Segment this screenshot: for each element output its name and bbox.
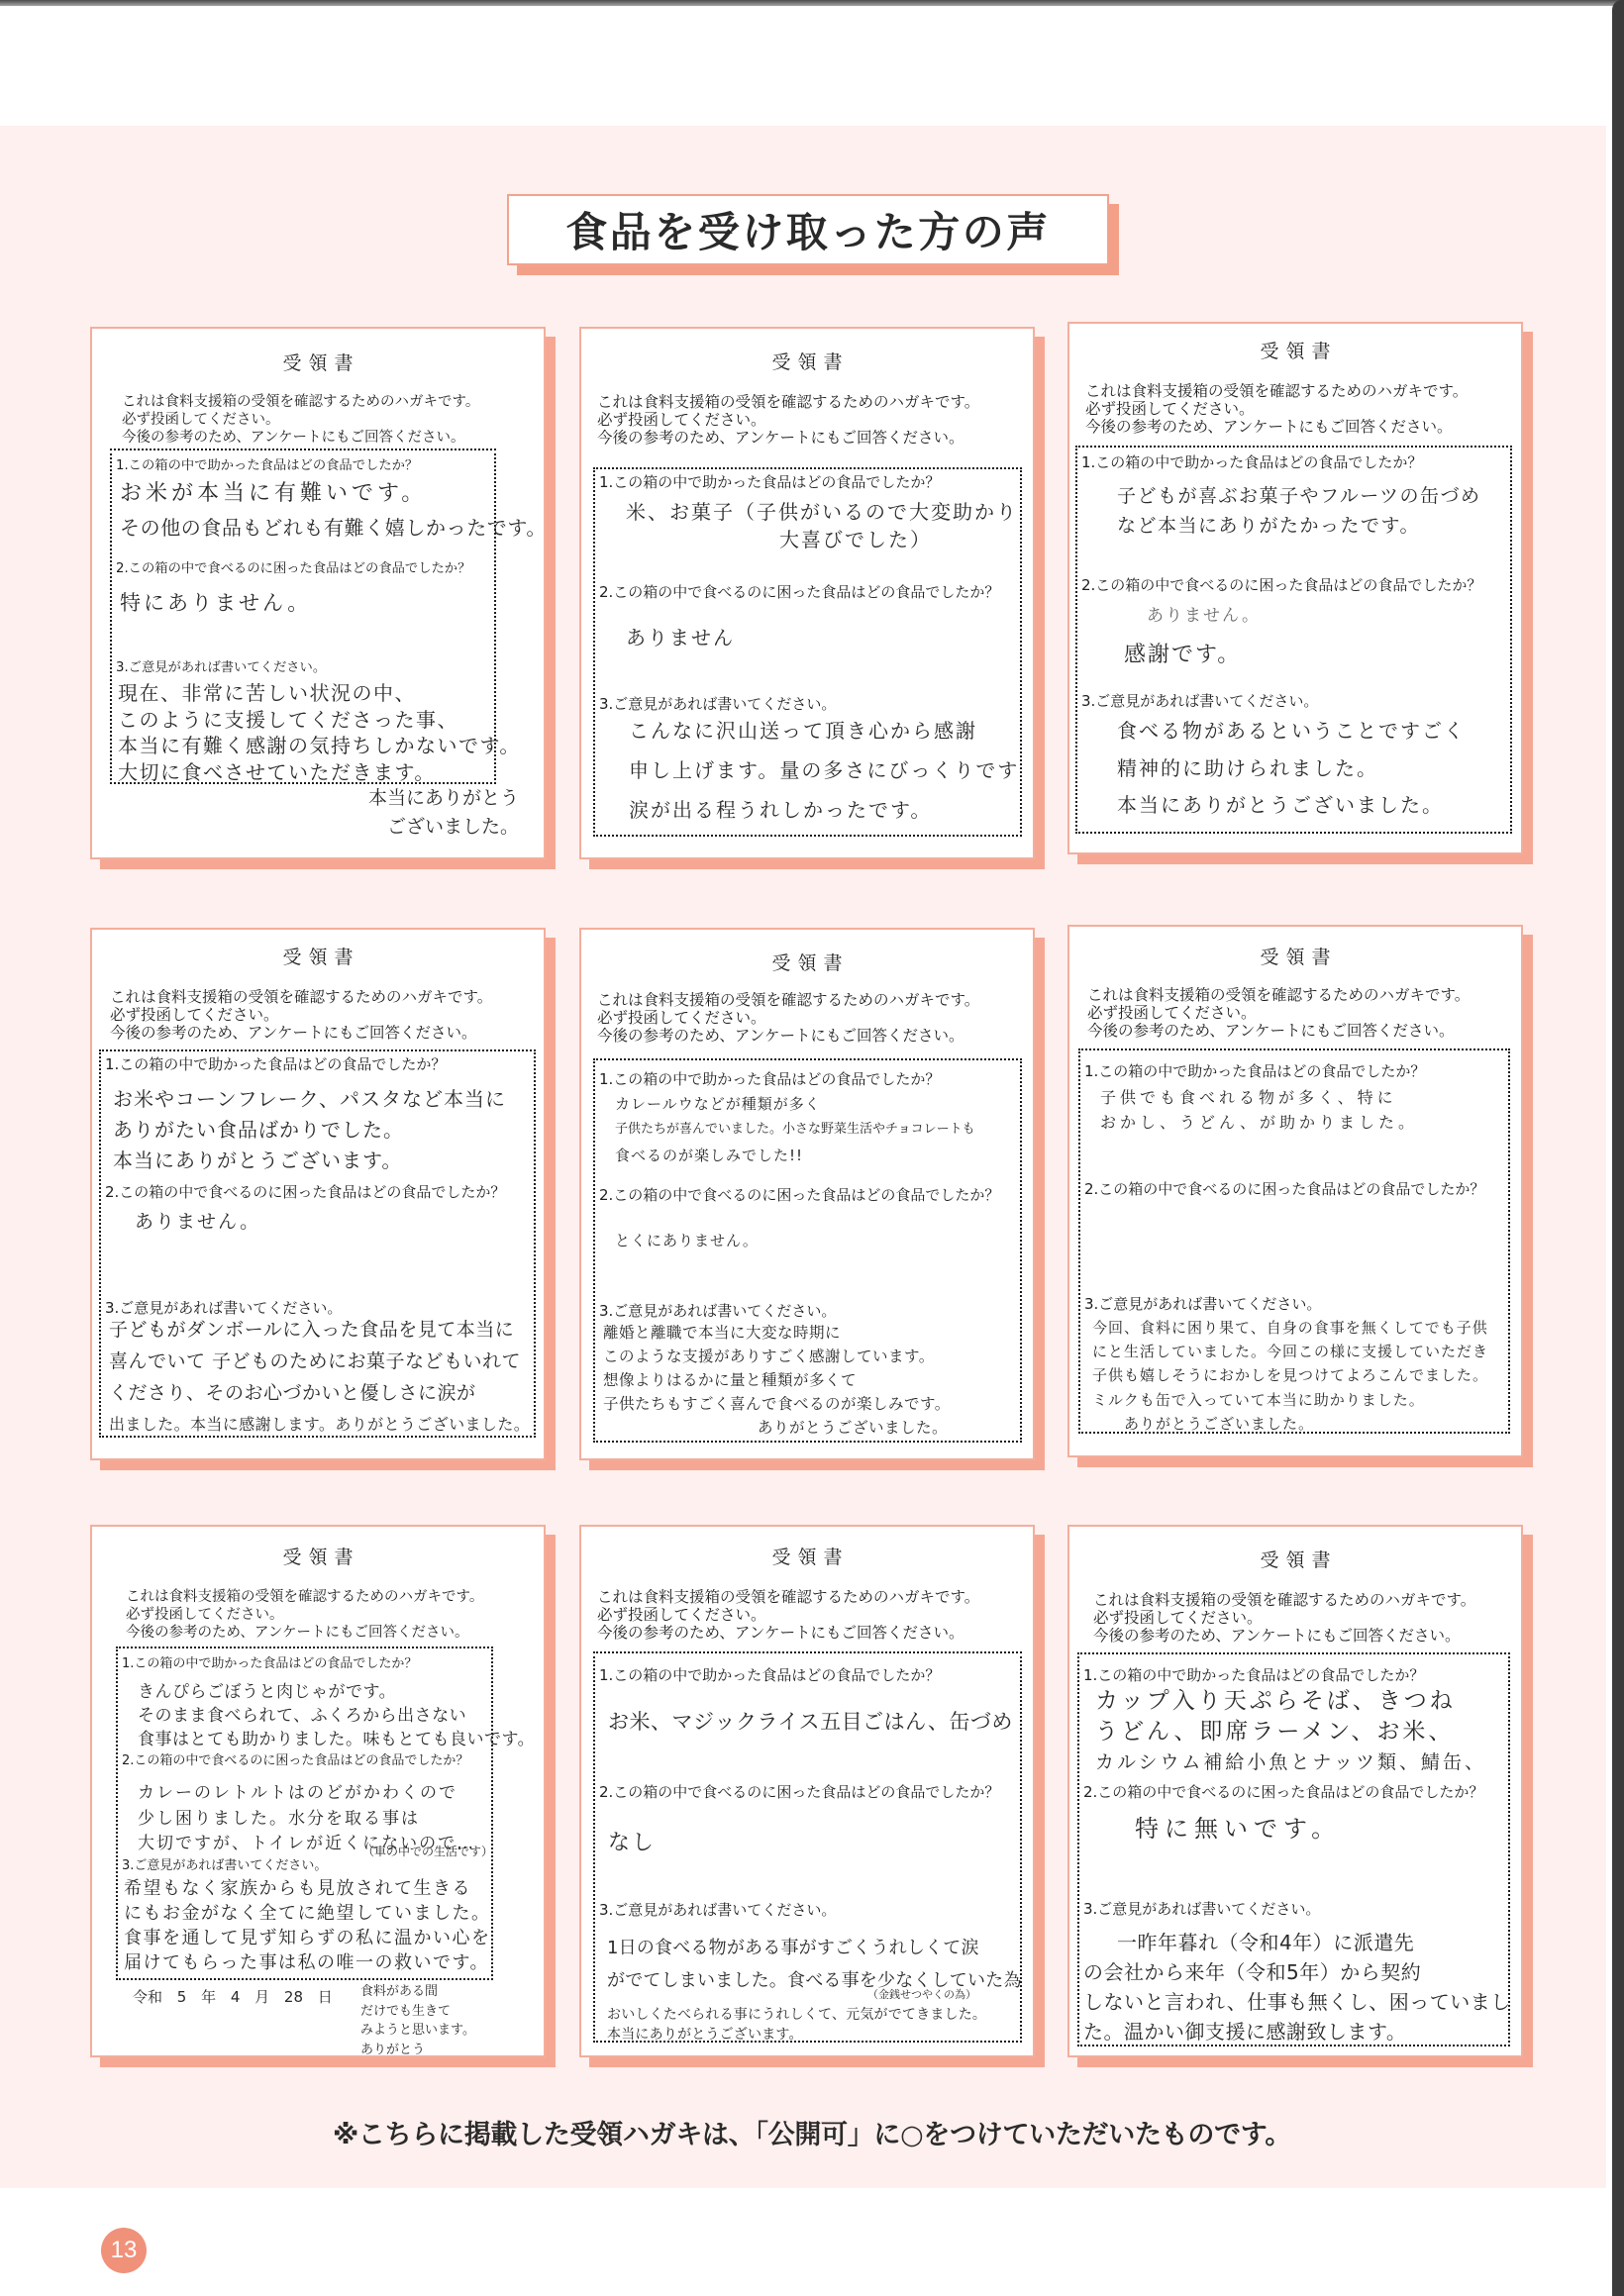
question-1: 1.この箱の中で助かった食品はどの食品でしたか？ お米が本当に有難いです。 その…: [112, 457, 494, 545]
card-intro: これは食料支援箱の受領を確認するためのハガキです。 必ず投函してください。 今後…: [597, 1588, 979, 1642]
answer-line: 申し上げます。量の多さにびっくりです: [629, 750, 1020, 790]
question-3-answer: 現在、非常に苦しい状況の中、 このように支援してくださった事、 本当に有難く感謝…: [112, 680, 494, 785]
question-3: 3.ご意見があれば書いてください。 1日の食べる物がある事がすごくうれしくて涙 …: [595, 1901, 1020, 2045]
question-3-label: 3.ご意見があれば書いてください。: [595, 1302, 1020, 1320]
intro-line: これは食料支援箱の受領を確認するためのハガキです。: [122, 393, 479, 411]
answer-line: 子どもが喜ぶお菓子やフルーツの缶づめ: [1117, 481, 1510, 511]
intro-line: 今後の参考のため、アンケートにもご回答ください。: [126, 1624, 483, 1642]
answer-line: 精神的に助けられました。: [1117, 750, 1510, 788]
card-intro: これは食料支援箱の受領を確認するためのハガキです。 必ず投函してください。 今後…: [122, 393, 479, 447]
question-3-answer: 子どもがダンボールに入った食品を見て本当に 喜んでいて 子どものためにお菓子など…: [101, 1314, 534, 1441]
receipt-card: 受領書 これは食料支援箱の受領を確認するためのハガキです。 必ず投函してください…: [90, 327, 546, 859]
answer-line: 特に無いです。: [1135, 1813, 1508, 1845]
question-3: 3.ご意見があれば書いてください。 こんなに沢山送って頂き心から感謝 申し上げま…: [595, 695, 1020, 830]
answer-line: しないと言われ、仕事も無くし、困っていまし: [1083, 1987, 1508, 2017]
intro-line: 今後の参考のため、アンケートにもご回答ください。: [110, 1024, 492, 1042]
question-2: 2.この箱の中で食べるのに困った食品はどの食品でしたか？ 特にありません。: [112, 560, 494, 620]
answer-line: 届けてもらった事は私の唯一の救いです。: [124, 1950, 491, 1975]
question-1-answer: お米やコーンフレーク、パスタなど本当に ありがたい食品ばかりでした。 本当にあり…: [101, 1084, 534, 1176]
question-1-label: 1.この箱の中で助かった食品はどの食品でしたか？: [1077, 453, 1510, 471]
intro-line: これは食料支援箱の受領を確認するためのハガキです。: [126, 1588, 483, 1606]
question-1-answer: カレールウなどが種類が多く 子供たちが喜んでいました。小さな野菜生活やチョコレー…: [595, 1091, 1020, 1168]
answer-line: ありません。: [1124, 596, 1510, 636]
intro-line: 必ず投函してください。: [597, 411, 979, 429]
closing-note: 食料がある間 だけでも生きて みようと思います。 ありがとう: [360, 1982, 475, 2059]
card-heading: 受領書: [581, 951, 1033, 975]
question-1-answer: お米が本当に有難いです。 その他の食品もどれも有難く嬉しかったです。: [112, 477, 494, 545]
question-2-label: 2.この箱の中で食べるのに困った食品はどの食品でしたか？: [595, 1186, 1020, 1204]
card-heading: 受領書: [92, 946, 544, 969]
answer-line: 出ました。本当に感謝します。ありがとうございました。: [109, 1409, 534, 1441]
intro-line: 必ず投函してください。: [1087, 1004, 1470, 1022]
question-1-label: 1.この箱の中で助かった食品はどの食品でしたか？: [118, 1655, 491, 1673]
question-3-label: 3.ご意見があれば書いてください。: [1077, 692, 1510, 710]
answer-line: 感謝です。: [1124, 636, 1510, 675]
receipt-card: 受領書 これは食料支援箱の受領を確認するためのハガキです。 必ず投函してください…: [579, 1525, 1035, 2057]
answer-line: ありがとうございました。: [603, 1416, 1020, 1440]
question-1: 1.この箱の中で助かった食品はどの食品でしたか？ きんぴらごぼうと肉じゃがです。…: [118, 1655, 491, 1751]
closing-line: 食料がある間: [360, 1982, 475, 2002]
answer-line: 想像よりはるかに量と種類が多くて: [603, 1368, 1020, 1392]
question-2: 2.この箱の中で食べるのに困った食品はどの食品でしたか？ とくにありません。: [595, 1186, 1020, 1253]
answer-line: 1日の食べる物がある事がすごくうれしくて涙: [607, 1932, 1020, 1964]
answer-line: 本当に有難く感謝の気持ちしかないです。: [118, 733, 494, 759]
answer-line: お米が本当に有難いです。: [120, 477, 494, 511]
answer-line: うどん、即席ラーメン、お米、: [1095, 1717, 1508, 1747]
answer-line: ミルクも缶で入っていて本当に助かりました。: [1092, 1388, 1508, 1412]
question-2-answer: とくにありません。: [595, 1228, 1020, 1253]
answer-line: 喜んでいて 子どものためにお菓子などもいれて: [109, 1346, 534, 1377]
question-2: 2.この箱の中で食べるのに困った食品はどの食品でしたか？ 特に無いです。: [1079, 1783, 1508, 1845]
question-2: 2.この箱の中で食べるのに困った食品はどの食品でしたか？ ありません: [595, 583, 1020, 652]
question-1-answer: 子供でも食べれる物が多く、特に おかし、うどん、が助かりました。: [1080, 1085, 1508, 1135]
question-2-label: 2.この箱の中で食べるのに困った食品はどの食品でしたか？: [101, 1183, 534, 1201]
question-3: 3.ご意見があれば書いてください。 今回、食料に困り果て、自身の食事を無くしてで…: [1080, 1295, 1508, 1437]
intro-line: これは食料支援箱の受領を確認するためのハガキです。: [597, 1588, 979, 1606]
question-2-answer: 特に無いです。: [1079, 1813, 1508, 1845]
question-2-label: 2.この箱の中で食べるのに困った食品はどの食品でしたか？: [1077, 576, 1510, 594]
answer-line: 特にありません。: [120, 586, 494, 620]
question-1: 1.この箱の中で助かった食品はどの食品でしたか？ お米、マジックライス五目ごはん…: [595, 1666, 1020, 1737]
question-1-answer: カップ入り天ぷらそば、きつね うどん、即席ラーメン、お米、 カルシウム補給小魚と…: [1079, 1686, 1508, 1778]
scan-edge-top: [0, 0, 1624, 6]
question-3: 3.ご意見があれば書いてください。 離婚と離職で本当に大変な時期に このような支…: [595, 1302, 1020, 1440]
question-3-answer: 離婚と離職で本当に大変な時期に このような支援がありすごく感謝しています。 想像…: [595, 1321, 1020, 1440]
question-3: 3.ご意見があれば書いてください。 子どもがダンボールに入った食品を見て本当に …: [101, 1299, 534, 1441]
question-2: 2.この箱の中で食べるのに困った食品はどの食品でしたか？: [1080, 1180, 1508, 1198]
closing-line: ございました。: [368, 813, 519, 842]
answer-line: 子どもがダンボールに入った食品を見て本当に: [109, 1314, 534, 1346]
card-heading: 受領書: [581, 350, 1033, 374]
question-3-label: 3.ご意見があれば書いてください。: [1080, 1295, 1508, 1313]
intro-line: 今後の参考のため、アンケートにもご回答ください。: [597, 429, 979, 447]
question-1-answer: 米、お菓子（子供がいるので大変助かり 大喜びでした）: [595, 498, 1020, 553]
answer-line: きんぴらごぼうと肉じゃがです。: [138, 1680, 491, 1704]
card-heading: 受領書: [1069, 1548, 1521, 1572]
card-heading: 受領書: [1069, 340, 1521, 363]
answer-line: 涙が出る程うれしかったです。: [629, 790, 1020, 830]
question-1: 1.この箱の中で助かった食品はどの食品でしたか？ カップ入り天ぷらそば、きつね …: [1079, 1666, 1508, 1778]
question-3-label: 3.ご意見があれば書いてください。: [118, 1857, 491, 1875]
answer-line: 食べる物があるということですごく: [1117, 713, 1510, 750]
card-heading: 受領書: [92, 1546, 544, 1569]
question-1-answer: お米、マジックライス五目ごはん、缶づめ: [595, 1707, 1020, 1737]
answer-line: こんなに沢山送って頂き心から感謝: [629, 711, 1020, 750]
question-2: 2.この箱の中で食べるのに困った食品はどの食品でしたか？ ありません。 感謝です…: [1077, 576, 1510, 675]
answer-line: 希望もなく家族からも見放されて生きる: [124, 1876, 491, 1901]
receipt-card: 受領書 これは食料支援箱の受領を確認するためのハガキです。 必ず投函してください…: [579, 928, 1035, 1460]
answer-line: 大喜びでした）: [626, 526, 1020, 553]
card-intro: これは食料支援箱の受領を確認するためのハガキです。 必ず投函してください。 今後…: [1087, 986, 1470, 1040]
answer-line: の会社から来年（令和5年）から契約: [1083, 1957, 1508, 1987]
answer-line: カレーのレトルトはのどがかわくので: [138, 1781, 491, 1807]
answer-line: にと生活していました。今回この様に支援していただき: [1092, 1340, 1508, 1363]
closing-line: ありがとう: [360, 2041, 475, 2060]
intro-line: 今後の参考のため、アンケートにもご回答ください。: [597, 1624, 979, 1642]
intro-line: 必ず投函してください。: [126, 1606, 483, 1624]
closing-line: 本当にありがとう: [368, 784, 519, 813]
intro-line: これは食料支援箱の受領を確認するためのハガキです。: [1093, 1591, 1475, 1609]
card-intro: これは食料支援箱の受領を確認するためのハガキです。 必ず投函してください。 今後…: [110, 988, 492, 1042]
question-3-answer: 希望もなく家族からも見放されて生きる にもお金がなく全てに絶望していました。 食…: [118, 1876, 491, 1975]
question-3: 3.ご意見があれば書いてください。 食べる物があるということですごく 精神的に助…: [1077, 692, 1510, 825]
answer-line: おかし、うどん、が助かりました。: [1100, 1110, 1508, 1135]
answer-line: ありません。: [135, 1207, 534, 1237]
card-heading: 受領書: [1069, 946, 1521, 969]
intro-line: 必ず投函してください。: [1093, 1609, 1475, 1627]
card-intro: これは食料支援箱の受領を確認するためのハガキです。 必ず投函してください。 今後…: [597, 393, 979, 447]
answer-line: 少し困りました。水分を取る事は: [138, 1807, 491, 1833]
answer-line: このような支援がありすごく感謝しています。: [603, 1345, 1020, 1368]
closing-line: だけでも生きて: [360, 2002, 475, 2022]
receipt-card: 受領書 これは食料支援箱の受領を確認するためのハガキです。 必ず投函してください…: [90, 1525, 546, 2057]
intro-line: 必ず投函してください。: [1085, 400, 1468, 418]
question-2-label: 2.この箱の中で食べるのに困った食品はどの食品でしたか？: [1080, 1180, 1508, 1198]
handwritten-date: 令和 5 年 4 月 28 日: [133, 1986, 333, 2007]
question-2: 2.この箱の中で食べるのに困った食品はどの食品でしたか？ カレーのレトルトはのど…: [118, 1752, 491, 1857]
question-1: 1.この箱の中で助かった食品はどの食品でしたか？ カレールウなどが種類が多く 子…: [595, 1070, 1020, 1168]
intro-line: 今後の参考のため、アンケートにもご回答ください。: [1085, 418, 1468, 436]
answer-line: このように支援してくださった事、: [118, 707, 494, 734]
question-3-label: 3.ご意見があれば書いてください。: [112, 659, 494, 677]
card-intro: これは食料支援箱の受領を確認するためのハガキです。 必ず投函してください。 今後…: [126, 1588, 483, 1642]
question-2-answer: ありません。: [101, 1207, 534, 1237]
page-title-box: 食品を受け取った方の声: [507, 194, 1109, 265]
intro-line: 今後の参考のため、アンケートにもご回答ください。: [597, 1027, 979, 1045]
answer-line: とくにありません。: [615, 1228, 1020, 1253]
question-2-answer: 特にありません。: [112, 586, 494, 620]
answer-line: くださり、そのお心づかいと優しさに涙が: [109, 1377, 534, 1409]
card-intro: これは食料支援箱の受領を確認するためのハガキです。 必ず投函してください。 今後…: [1093, 1591, 1475, 1645]
question-1-label: 1.この箱の中で助かった食品はどの食品でしたか？: [1080, 1062, 1508, 1080]
answer-line: そのまま食べられて、ふくろから出さない: [138, 1704, 491, 1728]
receipt-card: 受領書 これは食料支援箱の受領を確認するためのハガキです。 必ず投函してください…: [579, 327, 1035, 859]
page-title: 食品を受け取った方の声: [565, 200, 1051, 259]
intro-line: 必ず投函してください。: [597, 1606, 979, 1624]
question-1-label: 1.この箱の中で助かった食品はどの食品でしたか？: [101, 1055, 534, 1073]
answer-line: 現在、非常に苦しい状況の中、: [118, 680, 494, 707]
card-heading: 受領書: [92, 351, 544, 375]
intro-line: 必ず投函してください。: [122, 411, 479, 429]
survey-box: 1.この箱の中で助かった食品はどの食品でしたか？ お米、マジックライス五目ごはん…: [593, 1651, 1022, 2043]
answer-line: カルシウム補給小魚とナッツ類、鯖缶、: [1095, 1747, 1508, 1778]
intro-line: 今後の参考のため、アンケートにもご回答ください。: [1093, 1627, 1475, 1645]
answer-line: おいしくたべられる事にうれしくて、元気がでてきました。: [607, 2005, 1020, 2025]
question-2-answer: なし: [595, 1829, 1020, 1858]
question-2-label: 2.この箱の中で食べるのに困った食品はどの食品でしたか？: [595, 1783, 1020, 1801]
answer-line: その他の食品もどれも有難く嬉しかったです。: [120, 511, 494, 545]
receipt-card: 受領書 これは食料支援箱の受領を確認するためのハガキです。 必ず投函してください…: [1067, 322, 1523, 854]
question-1: 1.この箱の中で助かった食品はどの食品でしたか？ 子供でも食べれる物が多く、特に…: [1080, 1062, 1508, 1135]
answer-line: カレールウなどが種類が多く: [615, 1091, 1020, 1117]
closing-line: みようと思います。: [360, 2021, 475, 2041]
intro-line: これは食料支援箱の受領を確認するためのハガキです。: [110, 988, 492, 1006]
answer-line: 子供でも食べれる物が多く、特に: [1100, 1085, 1508, 1110]
question-3-label: 3.ご意見があれば書いてください。: [1079, 1900, 1508, 1918]
answer-line: 子供も嬉しそうにおかしを見つけてよろこんでました。: [1092, 1363, 1508, 1387]
answer-line: 本当にありがとうございました。: [1117, 787, 1510, 825]
question-2-answer: ありません: [595, 623, 1020, 652]
question-3-answer: 今回、食料に困り果て、自身の食事を無くしてでも子供 にと生活していました。今回こ…: [1080, 1316, 1508, 1437]
question-3-answer: 一昨年暮れ（令和4年）に派遣先 の会社から来年（令和5年）から契約 しないと言わ…: [1079, 1928, 1508, 2046]
answer-line: なし: [608, 1829, 1020, 1858]
question-1-label: 1.この箱の中で助かった食品はどの食品でしたか？: [595, 1070, 1020, 1088]
survey-box: 1.この箱の中で助かった食品はどの食品でしたか？ 米、お菓子（子供がいるので大変…: [593, 467, 1022, 837]
question-2-label: 2.この箱の中で食べるのに困った食品はどの食品でしたか？: [595, 583, 1020, 601]
answer-line: ありがとうございました。: [1092, 1412, 1508, 1436]
answer-line: 食事はとても助かりました。味もとても良いです。: [138, 1728, 491, 1751]
answer-line: 子供たちもすごく喜んで食べるのが楽しみです。: [603, 1392, 1020, 1416]
intro-line: 今後の参考のため、アンケートにもご回答ください。: [122, 429, 479, 447]
answer-line: 本当にありがとうございます。: [113, 1146, 534, 1176]
answer-line: 離婚と離職で本当に大変な時期に: [603, 1321, 1020, 1345]
closing-note: 本当にありがとう ございました。: [368, 784, 519, 842]
question-1: 1.この箱の中で助かった食品はどの食品でしたか？ 米、お菓子（子供がいるので大変…: [595, 473, 1020, 553]
survey-box: 1.この箱の中で助かった食品はどの食品でしたか？ 子どもが喜ぶお菓子やフルーツの…: [1075, 446, 1512, 834]
question-1: 1.この箱の中で助かった食品はどの食品でしたか？ お米やコーンフレーク、パスタな…: [101, 1055, 534, 1176]
intro-line: 必ず投函してください。: [110, 1006, 492, 1024]
answer-line: カップ入り天ぷらそば、きつね: [1095, 1686, 1508, 1717]
intro-line: これは食料支援箱の受領を確認するためのハガキです。: [597, 393, 979, 411]
answer-line: 食べるのが楽しみでした!!: [615, 1143, 1020, 1168]
page-number-badge: 13: [101, 2228, 147, 2273]
question-3-side-note: （金銭せつやくの為）: [867, 1986, 976, 2002]
question-2-label: 2.この箱の中で食べるのに困った食品はどの食品でしたか？: [1079, 1783, 1508, 1801]
intro-line: 必ず投函してください。: [597, 1009, 979, 1027]
survey-box: 1.この箱の中で助かった食品はどの食品でしたか？ きんぴらごぼうと肉じゃがです。…: [116, 1647, 493, 1980]
card-intro: これは食料支援箱の受領を確認するためのハガキです。 必ず投函してください。 今後…: [597, 991, 979, 1045]
answer-line: お米やコーンフレーク、パスタなど本当に: [113, 1084, 534, 1115]
intro-line: これは食料支援箱の受領を確認するためのハガキです。: [1087, 986, 1470, 1004]
question-1-label: 1.この箱の中で助かった食品はどの食品でしたか？: [595, 1666, 1020, 1684]
publication-consent-note: ※こちらに掲載した受領ハガキは、「公開可」に○をつけていただいたものです。: [0, 2113, 1624, 2151]
question-2-label: 2.この箱の中で食べるのに困った食品はどの食品でしたか？: [118, 1752, 491, 1770]
intro-line: 今後の参考のため、アンケートにもご回答ください。: [1087, 1022, 1470, 1040]
question-3-answer: 食べる物があるということですごく 精神的に助けられました。 本当にありがとうござ…: [1077, 713, 1510, 825]
answer-line: た。温かい御支援に感謝致します。: [1083, 2017, 1508, 2046]
answer-line: 今回、食料に困り果て、自身の食事を無くしてでも子供: [1092, 1316, 1508, 1340]
question-1: 1.この箱の中で助かった食品はどの食品でしたか？ 子どもが喜ぶお菓子やフルーツの…: [1077, 453, 1510, 541]
question-3-answer: こんなに沢山送って頂き心から感謝 申し上げます。量の多さにびっくりです 涙が出る…: [595, 711, 1020, 830]
survey-box: 1.この箱の中で助かった食品はどの食品でしたか？ カレールウなどが種類が多く 子…: [593, 1058, 1022, 1443]
answer-line: ありません: [626, 623, 1020, 652]
card-intro: これは食料支援箱の受領を確認するためのハガキです。 必ず投函してください。 今後…: [1085, 382, 1468, 436]
answer-line: 大切に食べさせていただきます。: [118, 759, 494, 786]
survey-box: 1.この箱の中で助かった食品はどの食品でしたか？ お米が本当に有難いです。 その…: [110, 449, 496, 784]
survey-box: 1.この箱の中で助かった食品はどの食品でしたか？ カップ入り天ぷらそば、きつね …: [1077, 1652, 1510, 2046]
intro-line: これは食料支援箱の受領を確認するためのハガキです。: [1085, 382, 1468, 400]
question-3: 3.ご意見があれば書いてください。 一昨年暮れ（令和4年）に派遣先 の会社から来…: [1079, 1900, 1508, 2046]
question-1-answer: 子どもが喜ぶお菓子やフルーツの缶づめ など本当にありがたかったです。: [1077, 481, 1510, 541]
answer-line: など本当にありがたかったです。: [1117, 511, 1510, 541]
intro-line: これは食料支援箱の受領を確認するためのハガキです。: [597, 991, 979, 1009]
question-2-answer: ありません。 感謝です。: [1077, 596, 1510, 675]
answer-line: 一昨年暮れ（令和4年）に派遣先: [1083, 1928, 1508, 1957]
question-3: 3.ご意見があれば書いてください。 希望もなく家族からも見放されて生きる にもお…: [118, 1857, 491, 1975]
question-2: 2.この箱の中で食べるのに困った食品はどの食品でしたか？ ありません。: [101, 1183, 534, 1237]
question-1-answer: きんぴらごぼうと肉じゃがです。 そのまま食べられて、ふくろから出さない 食事はと…: [118, 1680, 491, 1751]
receipt-card: 受領書 これは食料支援箱の受領を確認するためのハガキです。 必ず投函してください…: [1067, 925, 1523, 1457]
card-heading: 受領書: [581, 1546, 1033, 1569]
scan-edge-right: [1612, 0, 1624, 2296]
answer-line: 食事を通して見ず知らずの私に温かい心を: [124, 1926, 491, 1950]
answer-line: 米、お菓子（子供がいるので大変助かり: [626, 498, 1020, 526]
question-3-label: 3.ご意見があれば書いてください。: [595, 1901, 1020, 1919]
question-1-label: 1.この箱の中で助かった食品はどの食品でしたか？: [1079, 1666, 1508, 1684]
receipt-card: 受領書 これは食料支援箱の受領を確認するためのハガキです。 必ず投函してください…: [90, 928, 546, 1460]
answer-line: 本当にありがとうございます。: [607, 2025, 1020, 2045]
survey-box: 1.この箱の中で助かった食品はどの食品でしたか？ 子供でも食べれる物が多く、特に…: [1078, 1048, 1510, 1434]
question-2: 2.この箱の中で食べるのに困った食品はどの食品でしたか？ なし: [595, 1783, 1020, 1858]
answer-line: お米、マジックライス五目ごはん、缶づめ: [608, 1707, 1020, 1737]
question-1-label: 1.この箱の中で助かった食品はどの食品でしたか？: [595, 473, 1020, 491]
survey-box: 1.この箱の中で助かった食品はどの食品でしたか？ お米やコーンフレーク、パスタな…: [99, 1049, 536, 1438]
receipt-card: 受領書 これは食料支援箱の受領を確認するためのハガキです。 必ず投函してください…: [1067, 1525, 1523, 2057]
question-2-label: 2.この箱の中で食べるのに困った食品はどの食品でしたか？: [112, 560, 494, 578]
answer-line: にもお金がなく全てに絶望していました。: [124, 1901, 491, 1926]
question-1-label: 1.この箱の中で助かった食品はどの食品でしたか？: [112, 457, 494, 475]
answer-line: ありがたい食品ばかりでした。: [113, 1115, 534, 1146]
answer-line: 子供たちが喜んでいました。小さな野菜生活やチョコレートも: [615, 1117, 1020, 1143]
question-3: 3.ご意見があれば書いてください。 現在、非常に苦しい状況の中、 このように支援…: [112, 659, 494, 785]
